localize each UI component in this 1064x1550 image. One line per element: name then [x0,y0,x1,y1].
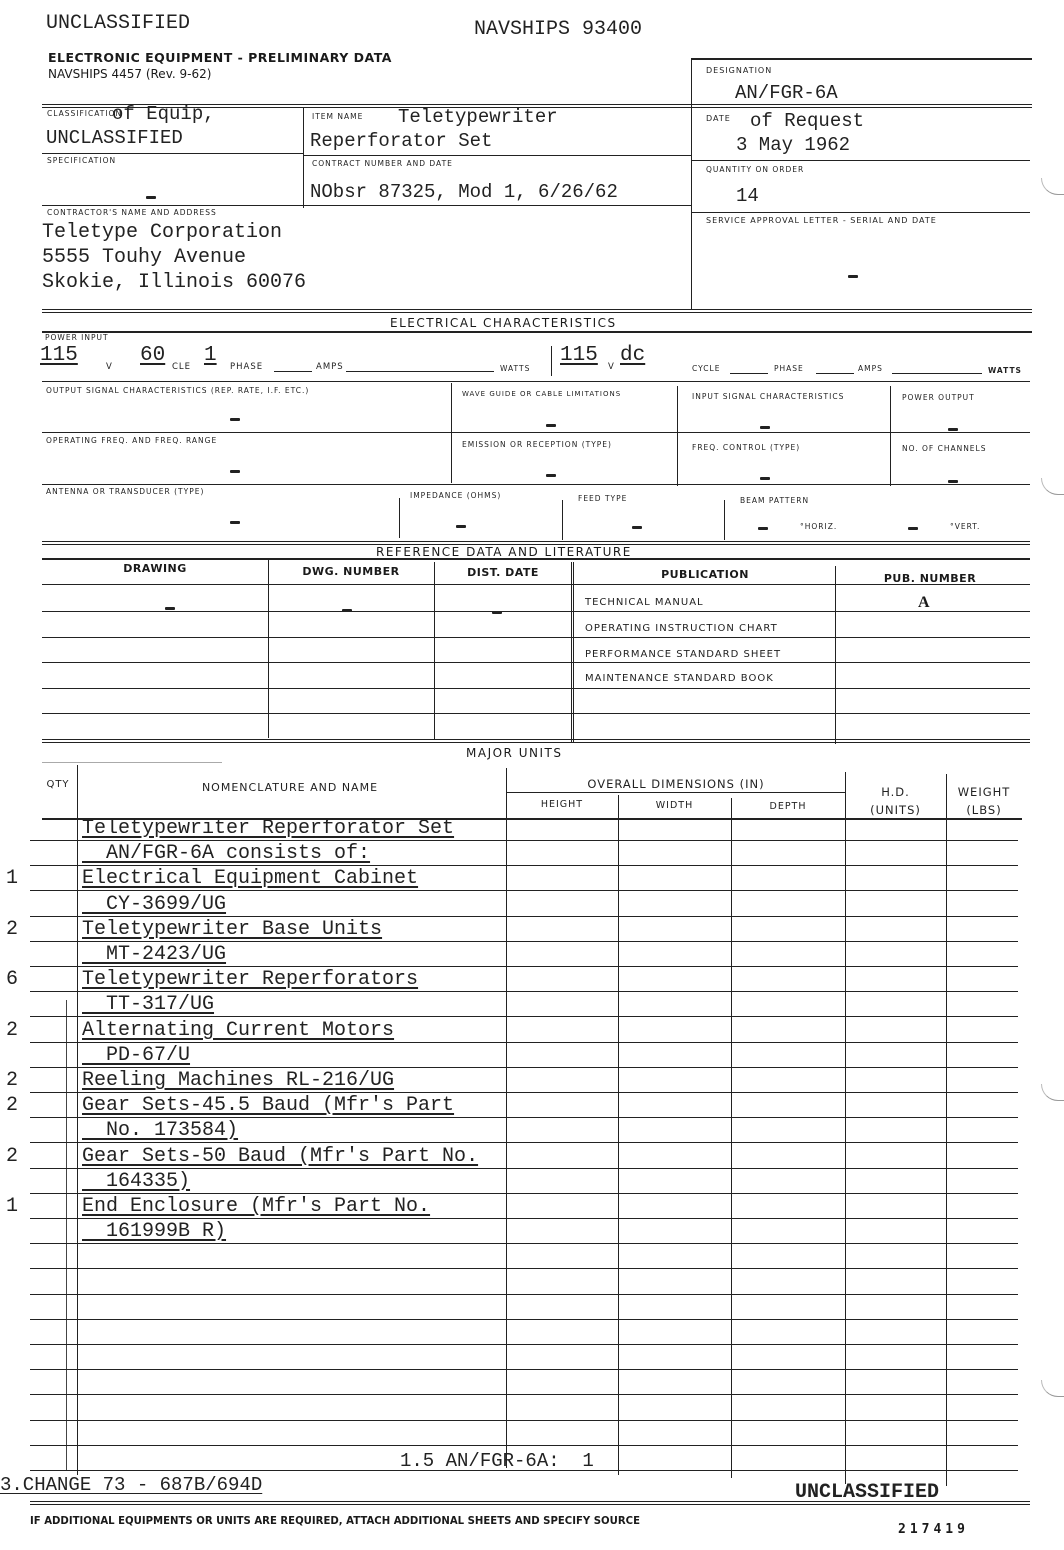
ac-cycle-label: CLE [172,362,191,372]
specification-label: SPECIFICATION [47,156,116,165]
designation-value: AN/FGR-6A [735,82,838,104]
table-row: No. 173584) [0,1119,1030,1144]
row-name: Teletypewriter Base Units [82,918,382,941]
table-row: Teletypewriter Reperforator Set [0,817,1030,842]
drawing-value [165,597,175,615]
table-row: 6 Teletypewriter Reperforators [0,968,1030,993]
output-signal-label: OUTPUT SIGNAL CHARACTERISTICS (REP. RATE… [46,386,309,395]
freq-control-label: FREQ. CONTROL (TYPE) [692,443,800,452]
dc-watts-label: WATTS [988,366,1022,375]
pub-performance-sheet: PERFORMANCE STANDARD SHEET [585,649,781,660]
row-name: Teletypewriter Reperforators [82,968,418,991]
quantity-value: 14 [736,185,759,207]
col-weight-label: WEIGHT [946,783,1022,801]
impedance-label: IMPEDANCE (OHMS) [410,491,501,500]
page-edge-curl [1041,478,1064,495]
reference-title: REFERENCE DATA AND LITERATURE [376,545,632,559]
col-dist-date: DIST. DATE [434,566,572,579]
footer-instruction: IF ADDITIONAL EQUIPMENTS OR UNITS ARE RE… [30,1514,640,1527]
table-row: 2 Gear Sets-50 Baud (Mfr's Part No. [0,1145,1030,1170]
channels-label: NO. OF CHANNELS [902,444,987,453]
dc-type: dc [620,344,686,367]
row-name: Electrical Equipment Cabinet [82,867,418,890]
date-label: DATE [706,114,731,123]
col-dwg-number: DWG. NUMBER [268,565,434,578]
dc-amps-label: AMPS [858,364,883,373]
classification-value-2: UNCLASSIFIED [46,127,183,149]
col-weight: WEIGHT (LBS) [946,783,1022,819]
vert-label: °VERT. [950,522,980,531]
row-qty: 1 [6,867,46,890]
item-name-2: Reperforator Set [310,130,492,152]
table-row: MT-2423/UG [0,943,1030,968]
row-qty: 1 [6,1195,46,1218]
pub-number-technical-manual: A [918,594,930,612]
dc-phase-label: PHASE [774,364,804,373]
dc-cycle-label: CYCLE [692,364,720,373]
col-hd-label: H.D. [845,783,946,801]
ac-v-label: V [106,362,113,372]
col-dimensions: OVERALL DIMENSIONS (IN) [506,777,846,791]
dc-v-label: V [608,362,615,372]
item-name-label: ITEM NAME [312,112,363,121]
feed-type-label: FEED TYPE [578,494,627,503]
classification-label: CLASSIFICATION [47,109,122,118]
row-name: TT-317/UG [82,993,214,1016]
dc-power-row: 115 V dc CYCLE PHASE AMPS WATTS [560,344,1030,374]
horiz-label: °HORIZ. [800,522,837,531]
beam-pattern-label: BEAM PATTERN [740,496,809,505]
ac-amps-label: AMPS [316,362,344,372]
contractor-street: 5555 Touhy Avenue [42,245,306,270]
item-name-1: Teletypewriter [398,106,558,128]
power-input-label: POWER INPUT [45,333,109,342]
waveguide-label: WAVE GUIDE OR CABLE LIMITATIONS [462,390,621,398]
row-name: 164335) [82,1170,190,1193]
designation-label: DESIGNATION [706,66,772,75]
output-signal-value [230,408,240,426]
table-row: 161999B R) [0,1220,1030,1245]
contractor-address: Teletype Corporation 5555 Touhy Avenue S… [42,220,306,295]
contract-value: NObsr 87325, Mod 1, 6/26/62 [310,181,618,203]
change-note-text: 3.CHANGE 73 - 687B/694D [0,1474,262,1496]
table-row: 2 Gear Sets-45.5 Baud (Mfr's Part [0,1094,1030,1119]
ac-watts-label: WATTS [500,364,530,373]
contract-label: CONTRACT NUMBER AND DATE [312,159,453,168]
row-qty: 2 [6,918,46,941]
power-output-label: POWER OUTPUT [902,393,975,402]
table-row: 1 End Enclosure (Mfr's Part No. [0,1195,1030,1220]
table-row: 2 Reeling Machines RL-216/UG [0,1069,1030,1094]
page-edge-curl [1041,1380,1064,1397]
dwg-number-value [342,599,352,617]
pub-technical-manual: TECHNICAL MANUAL [585,597,704,608]
beam-vert-value [908,517,918,535]
antenna-label: ANTENNA OR TRANSDUCER (TYPE) [46,487,204,496]
classification-top: UNCLASSIFIED [46,12,190,35]
table-row: 2 Alternating Current Motors [0,1019,1030,1044]
ac-power-row: 115 V 60 CLE 1 PHASE AMPS WATTS [40,344,550,374]
date-line-2: 3 May 1962 [736,134,850,156]
row-qty: 2 [6,1145,46,1168]
row-qty: 6 [6,968,46,991]
contractor-label: CONTRACTOR'S NAME AND ADDRESS [47,208,217,217]
row-name: Gear Sets-45.5 Baud (Mfr's Part [82,1094,454,1117]
row-name: CY-3699/UG [82,893,226,916]
antenna-value [230,511,240,529]
quantity-label: QUANTITY ON ORDER [706,165,804,174]
channels-value [948,470,958,488]
pub-operating-chart: OPERATING INSTRUCTION CHART [585,623,778,634]
form-code: NAVSHIPS 93400 [474,18,642,41]
row-name: End Enclosure (Mfr's Part No. [82,1195,430,1218]
col-drawing: DRAWING [42,562,268,575]
row-qty: 2 [6,1069,46,1092]
waveguide-value [546,414,556,432]
ac-phase-label: PHASE [230,362,263,372]
specification-value [146,186,156,204]
row-name: MT-2423/UG [82,943,226,966]
table-row: 2 Teletypewriter Base Units [0,918,1030,943]
bottom-note: 1.5 AN/FGR-6A: 1 [400,1450,594,1472]
table-row: CY-3699/UG [0,893,1030,918]
change-note: 3.CHANGE 73 - 687B/694D [0,1474,262,1496]
dist-date-value [492,601,502,619]
table-row: 1 Electrical Equipment Cabinet [0,867,1030,892]
date-line-1: of Request [750,110,864,132]
page-edge-curl [1041,1084,1064,1101]
form-title: ELECTRONIC EQUIPMENT - PRELIMINARY DATA [48,50,392,65]
col-hd: H.D. (UNITS) [845,783,946,819]
contractor-city: Skokie, Illinois 60076 [42,270,306,295]
beam-horiz-value [758,517,768,535]
row-name: 161999B R) [82,1220,226,1243]
major-units-title: MAJOR UNITS [466,746,562,760]
row-qty: 2 [6,1094,46,1117]
table-row: PD-67/U [0,1044,1030,1069]
dc-volts: 115 [560,344,598,367]
emission-value [546,464,556,482]
feed-type-value [632,516,642,534]
freq-control-value [760,467,770,485]
col-height: HEIGHT [506,799,618,810]
emission-label: EMISSION OR RECEPTION (TYPE) [462,440,612,449]
input-signal-label: INPUT SIGNAL CHARACTERISTICS [692,392,844,401]
col-publication: PUBLICATION [575,568,835,581]
impedance-value [456,515,466,533]
row-name: PD-67/U [82,1044,190,1067]
ac-cycle: 60 [140,344,165,367]
row-qty: 2 [6,1019,46,1042]
table-row: TT-317/UG [0,993,1030,1018]
row-name: Reeling Machines RL-216/UG [82,1069,394,1092]
ac-volts: 115 [40,344,92,367]
contractor-name: Teletype Corporation [42,220,306,245]
service-approval-label: SERVICE APPROVAL LETTER - SERIAL AND DAT… [706,216,937,225]
operating-freq-value [230,460,240,478]
col-width: WIDTH [618,800,731,811]
row-name: Gear Sets-50 Baud (Mfr's Part No. [82,1145,478,1168]
pub-maintenance-book: MAINTENANCE STANDARD BOOK [585,673,774,684]
row-name: No. 173584) [82,1119,238,1142]
operating-freq-label: OPERATING FREQ. AND FREQ. RANGE [46,436,217,445]
table-row: 164335) [0,1170,1030,1195]
col-depth: DEPTH [731,801,845,812]
service-approval-value [848,265,858,283]
classification-value-1: of Equip, [112,103,215,125]
power-output-value [948,418,958,436]
form-number: NAVSHIPS 4457 (Rev. 9-62) [48,67,211,81]
electrical-title: ELECTRICAL CHARACTERISTICS [390,316,617,330]
page-edge-curl [1041,178,1064,195]
col-qty: QTY [40,779,76,790]
row-name: AN/FGR-6A consists of: [82,842,370,865]
row-name: Teletypewriter Reperforator Set [82,817,454,840]
row-name: Alternating Current Motors [82,1019,394,1042]
serial-number: 217419 [898,1522,969,1537]
col-nomenclature: NOMENCLATURE AND NAME [80,781,500,794]
table-row: AN/FGR-6A consists of: [0,842,1030,867]
